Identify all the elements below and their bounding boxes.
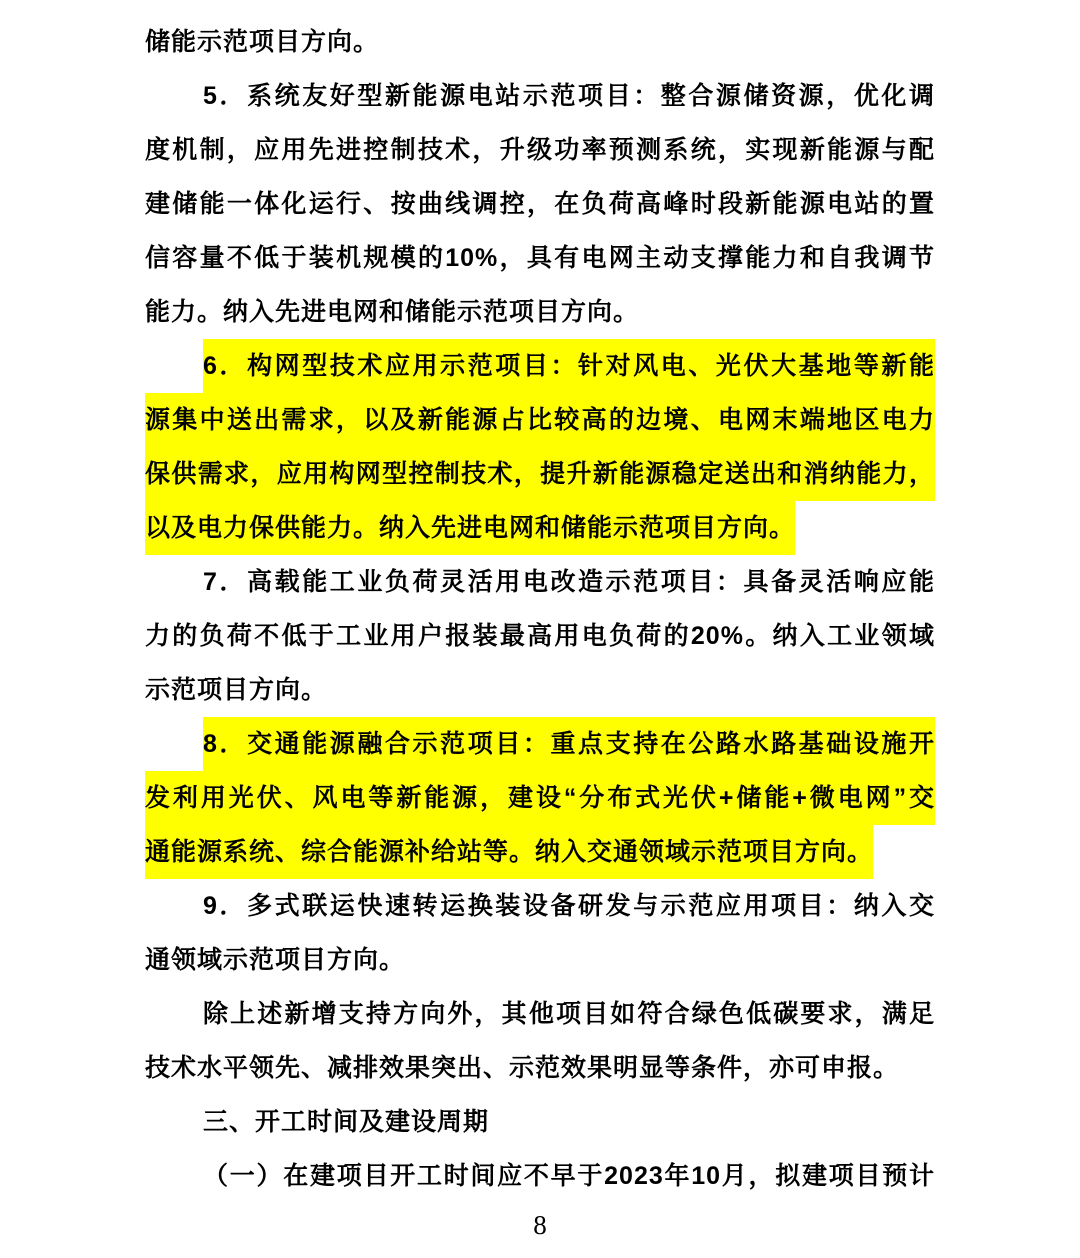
- text-run: 能力。纳入先进电网和储能示范项目方向。: [145, 298, 639, 326]
- highlighted-text-run: 6．构网型技术应用示范项目：针对风电、光伏大基地等新能: [203, 352, 935, 380]
- document-page: 储能示范项目方向。5．系统友好型新能源电站示范项目：整合源储资源，优化调度机制，…: [0, 0, 1080, 1258]
- text-run: 5．系统友好型新能源电站示范项目：整合源储资源，优化调: [203, 82, 935, 110]
- text-line: 8．交通能源融合示范项目：重点支持在公路水路基础设施开: [145, 717, 935, 771]
- text-line: （一）在建项目开工时间应不早于2023年10月，拟建项目预计: [145, 1149, 935, 1203]
- paragraph-4-continuation: 储能示范项目方向。: [145, 15, 935, 69]
- text-line: 建储能一体化运行、按曲线调控，在负荷高峰时段新能源电站的置: [145, 177, 935, 231]
- text-line: 9．多式联运快速转运换装设备研发与示范应用项目：纳入交: [145, 879, 935, 933]
- paragraph-item-6-highlighted: 6．构网型技术应用示范项目：针对风电、光伏大基地等新能源集中送出需求，以及新能源…: [145, 339, 935, 555]
- text-run: 信容量不低于装机规模的10%，具有电网主动支撑能力和自我调节: [145, 244, 935, 272]
- text-run: 建储能一体化运行、按曲线调控，在负荷高峰时段新能源电站的置: [145, 190, 935, 218]
- text-line: 保供需求，应用构网型控制技术，提升新能源稳定送出和消纳能力，: [145, 447, 935, 501]
- text-run: 度机制，应用先进控制技术，升级功率预测系统，实现新能源与配: [145, 136, 935, 164]
- document-content: 储能示范项目方向。5．系统友好型新能源电站示范项目：整合源储资源，优化调度机制，…: [0, 0, 1080, 1203]
- highlighted-text-run: 8．交通能源融合示范项目：重点支持在公路水路基础设施开: [203, 730, 935, 758]
- highlighted-text-run: 发利用光伏、风电等新能源，建设“分布式光伏+储能+微电网”交: [145, 784, 935, 812]
- text-run: 9．多式联运快速转运换装设备研发与示范应用项目：纳入交: [203, 892, 935, 920]
- paragraph-item-8-highlighted: 8．交通能源融合示范项目：重点支持在公路水路基础设施开发利用光伏、风电等新能源，…: [145, 717, 935, 879]
- section-heading-line: 三、开工时间及建设周期: [145, 1095, 935, 1149]
- text-line: 以及电力保供能力。纳入先进电网和储能示范项目方向。: [145, 501, 935, 555]
- text-run: 示范项目方向。: [145, 676, 327, 704]
- text-line: 6．构网型技术应用示范项目：针对风电、光伏大基地等新能: [145, 339, 935, 393]
- text-line: 除上述新增支持方向外，其他项目如符合绿色低碳要求，满足: [145, 987, 935, 1041]
- text-run: 除上述新增支持方向外，其他项目如符合绿色低碳要求，满足: [203, 1000, 935, 1028]
- text-run: 三、开工时间及建设周期: [203, 1108, 489, 1136]
- text-line: 通能源系统、综合能源补给站等。纳入交通领域示范项目方向。: [145, 825, 935, 879]
- paragraph-item-7: 7．高载能工业负荷灵活用电改造示范项目：具备灵活响应能力的负荷不低于工业用户报装…: [145, 555, 935, 717]
- text-line: 技术水平领先、减排效果突出、示范效果明显等条件，亦可申报。: [145, 1041, 935, 1095]
- text-line: 5．系统友好型新能源电站示范项目：整合源储资源，优化调: [145, 69, 935, 123]
- page-footer: 8: [0, 1205, 1080, 1245]
- text-line: 度机制，应用先进控制技术，升级功率预测系统，实现新能源与配: [145, 123, 935, 177]
- text-line: 力的负荷不低于工业用户报装最高用电负荷的20%。纳入工业领域: [145, 609, 935, 663]
- highlighted-text-run: 通能源系统、综合能源补给站等。纳入交通领域示范项目方向。: [145, 825, 873, 879]
- page-number: 8: [533, 1205, 547, 1245]
- highlighted-text-run: 源集中送出需求，以及新能源占比较高的边境、电网末端地区电力: [145, 406, 935, 434]
- text-line: 示范项目方向。: [145, 663, 935, 717]
- text-line: 发利用光伏、风电等新能源，建设“分布式光伏+储能+微电网”交: [145, 771, 935, 825]
- text-run: 技术水平领先、减排效果突出、示范效果明显等条件，亦可申报。: [145, 1054, 899, 1082]
- text-run: 通领域示范项目方向。: [145, 946, 405, 974]
- text-line: 信容量不低于装机规模的10%，具有电网主动支撑能力和自我调节: [145, 231, 935, 285]
- highlighted-text-run: 以及电力保供能力。纳入先进电网和储能示范项目方向。: [145, 501, 795, 555]
- text-run: 储能示范项目方向。: [145, 28, 379, 56]
- paragraph-item-9: 9．多式联运快速转运换装设备研发与示范应用项目：纳入交通领域示范项目方向。: [145, 879, 935, 987]
- text-run: （一）在建项目开工时间应不早于2023年10月，拟建项目预计: [203, 1162, 935, 1190]
- text-run: 7．高载能工业负荷灵活用电改造示范项目：具备灵活响应能: [203, 568, 935, 596]
- paragraph-other-projects: 除上述新增支持方向外，其他项目如符合绿色低碳要求，满足技术水平领先、减排效果突出…: [145, 987, 935, 1095]
- text-run: 力的负荷不低于工业用户报装最高用电负荷的20%。纳入工业领域: [145, 622, 935, 650]
- text-line: 通领域示范项目方向。: [145, 933, 935, 987]
- text-line: 储能示范项目方向。: [145, 15, 935, 69]
- highlighted-text-run: 保供需求，应用构网型控制技术，提升新能源稳定送出和消纳能力，: [145, 460, 935, 488]
- section-heading-3: 三、开工时间及建设周期: [145, 1095, 935, 1149]
- text-line: 源集中送出需求，以及新能源占比较高的边境、电网末端地区电力: [145, 393, 935, 447]
- paragraph-item-5: 5．系统友好型新能源电站示范项目：整合源储资源，优化调度机制，应用先进控制技术，…: [145, 69, 935, 339]
- paragraph-section3-item-1: （一）在建项目开工时间应不早于2023年10月，拟建项目预计: [145, 1149, 935, 1203]
- text-line: 7．高载能工业负荷灵活用电改造示范项目：具备灵活响应能: [145, 555, 935, 609]
- text-line: 能力。纳入先进电网和储能示范项目方向。: [145, 285, 935, 339]
